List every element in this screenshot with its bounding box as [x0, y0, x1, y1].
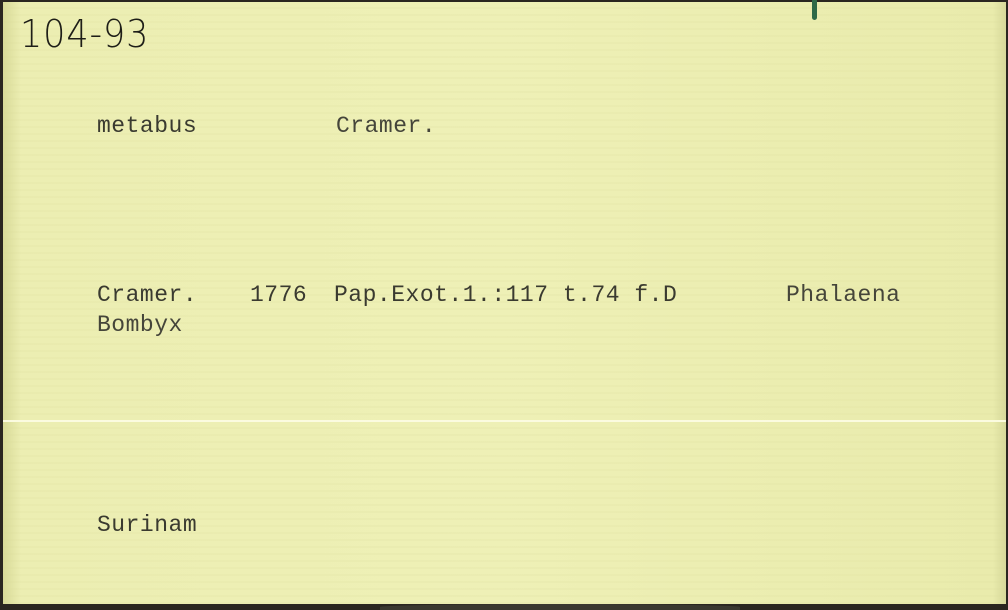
- citation-author: Cramer.: [97, 282, 197, 308]
- citation-year: 1776: [250, 282, 307, 308]
- green-tab-marker: [812, 0, 817, 20]
- locality: Surinam: [97, 512, 197, 538]
- card-divider-line: [3, 420, 1006, 422]
- citation-reference: Pap.Exot.1.:117 t.74 f.D: [334, 282, 677, 308]
- original-genus: Phalaena: [786, 282, 900, 308]
- species-name: metabus: [97, 113, 197, 139]
- author-header: Cramer.: [336, 113, 436, 139]
- card-shadow: [380, 604, 740, 610]
- card-number: 104-93: [20, 12, 149, 56]
- current-genus: Bombyx: [97, 312, 183, 338]
